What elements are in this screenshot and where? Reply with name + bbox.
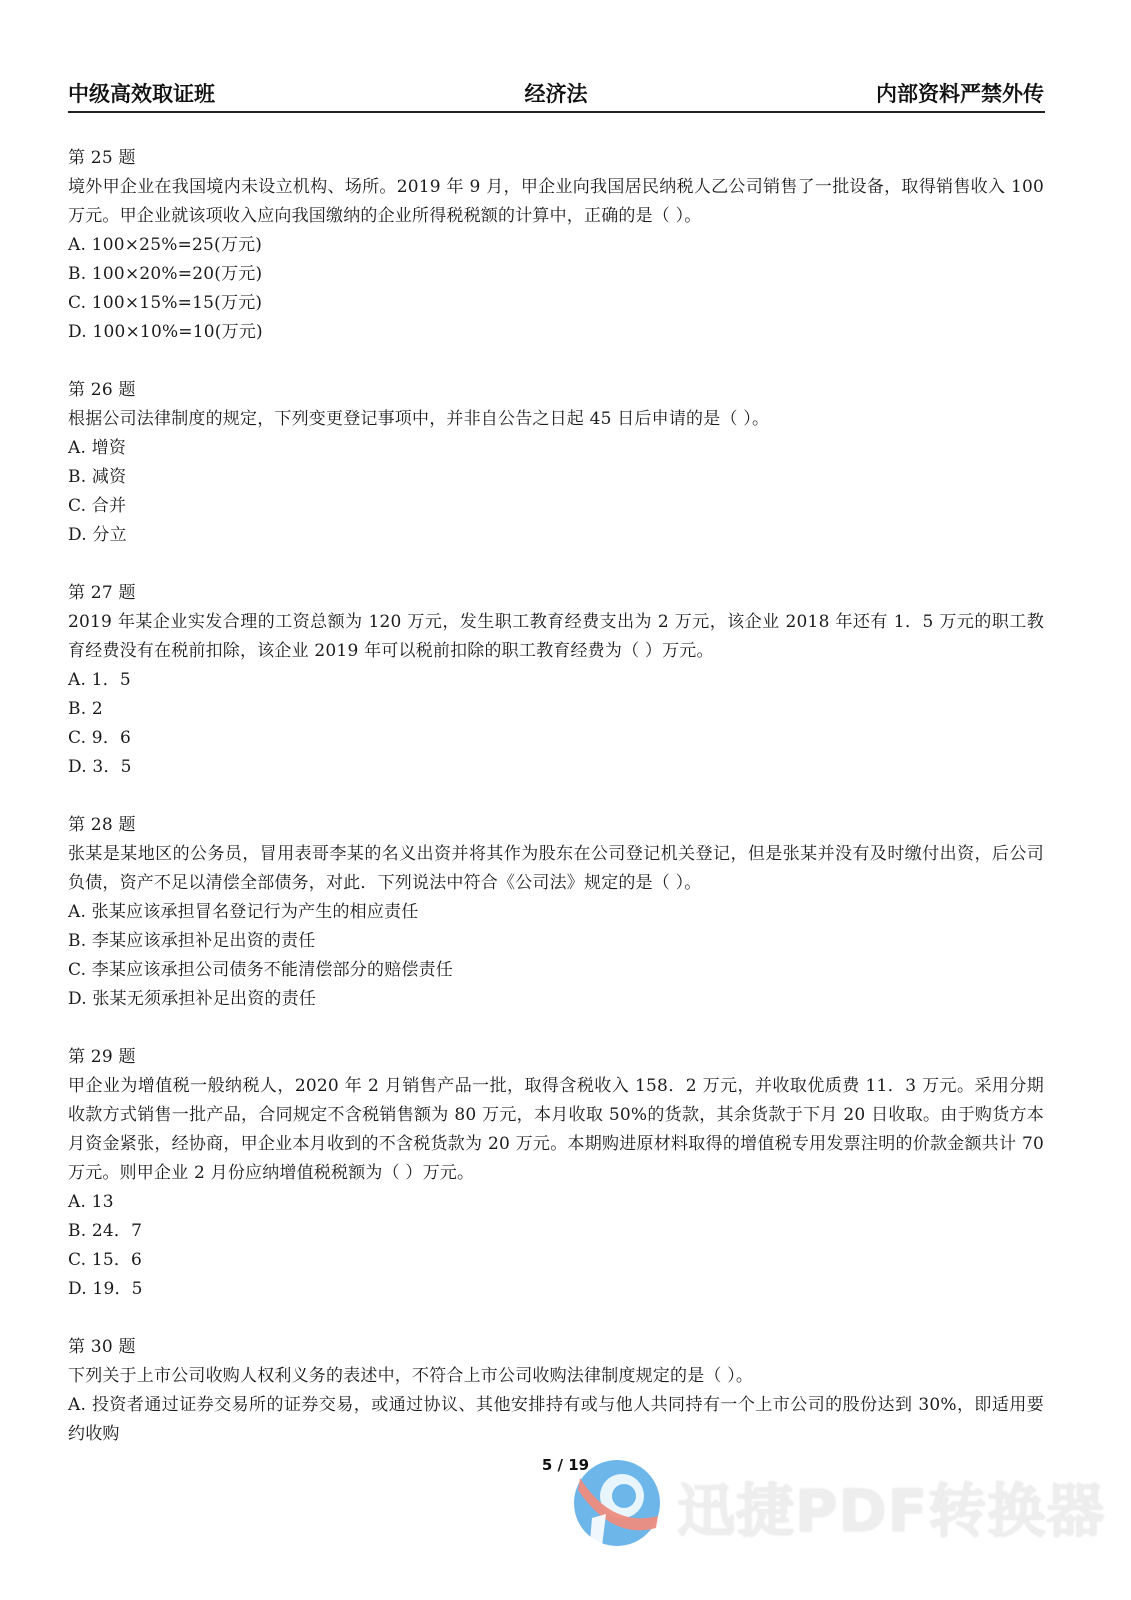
question-title: 第 27 题 xyxy=(68,579,1044,608)
question-26: 第 26 题 根据公司法律制度的规定，下列变更登记事项中，并非自公告之日起 45… xyxy=(68,376,1044,550)
option-c: C. 100×15%=15(万元) xyxy=(68,289,1044,318)
question-27: 第 27 题 2019 年某企业实发合理的工资总额为 120 万元，发生职工教育… xyxy=(68,579,1044,782)
watermark: 迅捷PDF转换器 xyxy=(572,1458,1092,1568)
question-title: 第 25 题 xyxy=(68,144,1044,173)
question-30: 第 30 题 下列关于上市公司收购人权利义务的表述中，不符合上市公司收购法律制度… xyxy=(68,1333,1044,1449)
option-b: B. 李某应该承担补足出资的责任 xyxy=(68,927,1044,956)
question-stem: 境外甲企业在我国境内未设立机构、场所。2019 年 9 月，甲企业向我国居民纳税… xyxy=(68,173,1044,231)
option-d: D. 张某无须承担补足出资的责任 xyxy=(68,985,1044,1014)
option-d: D. 3．5 xyxy=(68,753,1044,782)
option-c: C. 李某应该承担公司债务不能清偿部分的赔偿责任 xyxy=(68,956,1044,985)
question-stem: 甲企业为增值税一般纳税人，2020 年 2 月销售产品一批，取得含税收入 158… xyxy=(68,1072,1044,1188)
question-28: 第 28 题 张某是某地区的公务员，冒用表哥李某的名义出资并将其作为股东在公司登… xyxy=(68,811,1044,1014)
option-b: B. 100×20%=20(万元) xyxy=(68,260,1044,289)
question-stem: 2019 年某企业实发合理的工资总额为 120 万元，发生职工教育经费支出为 2… xyxy=(68,608,1044,666)
option-a: A. 增资 xyxy=(68,434,1044,463)
question-25: 第 25 题 境外甲企业在我国境内未设立机构、场所。2019 年 9 月，甲企业… xyxy=(68,144,1044,347)
option-d: D. 19．5 xyxy=(68,1275,1044,1304)
page-header: 中级高效取证班 经济法 内部资料严禁外传 xyxy=(68,80,1044,112)
option-a: A. 100×25%=25(万元) xyxy=(68,231,1044,260)
question-stem: 下列关于上市公司收购人权利义务的表述中，不符合上市公司收购法律制度规定的是（ ）… xyxy=(68,1362,1044,1391)
watermark-text: 迅捷PDF转换器 xyxy=(677,1464,1105,1548)
question-title: 第 28 题 xyxy=(68,811,1044,840)
xunjie-pdf-logo-icon xyxy=(572,1458,662,1548)
question-stem: 根据公司法律制度的规定，下列变更登记事项中，并非自公告之日起 45 日后申请的是… xyxy=(68,405,1044,434)
header-divider xyxy=(68,111,1045,113)
option-d: D. 分立 xyxy=(68,521,1044,550)
question-29: 第 29 题 甲企业为增值税一般纳税人，2020 年 2 月销售产品一批，取得含… xyxy=(68,1043,1044,1304)
question-title: 第 29 题 xyxy=(68,1043,1044,1072)
question-list: 第 25 题 境外甲企业在我国境内未设立机构、场所。2019 年 9 月，甲企业… xyxy=(68,144,1044,1478)
option-b: B. 减资 xyxy=(68,463,1044,492)
option-b: B. 2 xyxy=(68,695,1044,724)
option-a: A. 13 xyxy=(68,1188,1044,1217)
question-title: 第 30 题 xyxy=(68,1333,1044,1362)
option-c: C. 合并 xyxy=(68,492,1044,521)
option-a: A. 投资者通过证券交易所的证券交易，或通过协议、其他安排持有或与他人共同持有一… xyxy=(68,1391,1044,1449)
option-d: D. 100×10%=10(万元) xyxy=(68,318,1044,347)
question-stem: 张某是某地区的公务员，冒用表哥李某的名义出资并将其作为股东在公司登记机关登记，但… xyxy=(68,840,1044,898)
option-c: C. 9．6 xyxy=(68,724,1044,753)
option-a: A. 张某应该承担冒名登记行为产生的相应责任 xyxy=(68,898,1044,927)
option-c: C. 15．6 xyxy=(68,1246,1044,1275)
option-a: A. 1．5 xyxy=(68,666,1044,695)
header-confidential-notice: 内部资料严禁外传 xyxy=(876,80,1044,108)
question-title: 第 26 题 xyxy=(68,376,1044,405)
option-b: B. 24．7 xyxy=(68,1217,1044,1246)
